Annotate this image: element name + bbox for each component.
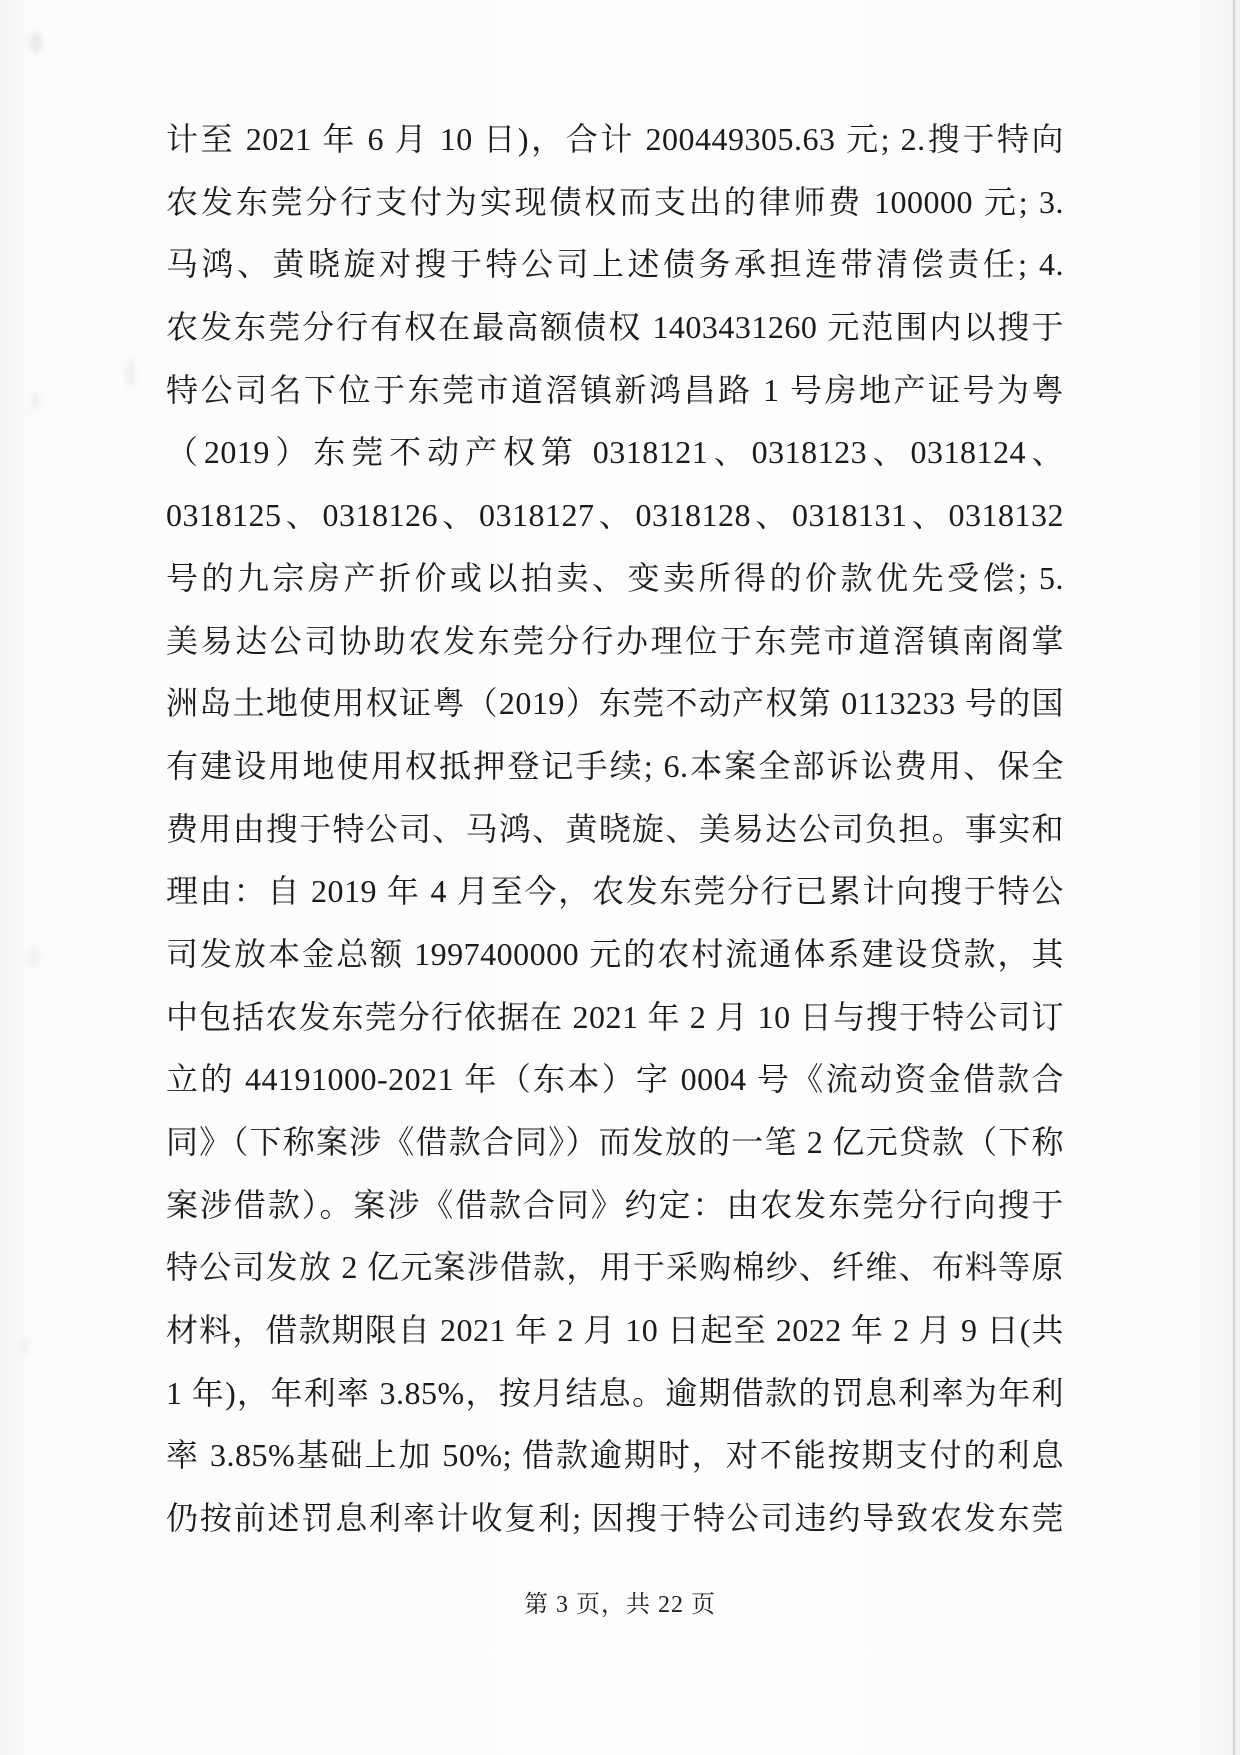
text-line: 农发东莞分行支付为实现债权而支出的律师费 100000 元; 3.	[166, 171, 1064, 234]
text-line: 同》（下称案涉《借款合同》）而发放的一笔 2 亿元贷款（下称	[166, 1111, 1064, 1174]
text-line: （2019）东莞不动产权第 0318121、0318123、0318124、	[166, 421, 1064, 484]
scan-smudge	[28, 946, 40, 968]
text-line: 特公司名下位于东莞市道滘镇新鸿昌路 1 号房地产证号为粤	[166, 359, 1064, 422]
text-line: 计至 2021 年 6 月 10 日)，合计 200449305.63 元; 2…	[166, 108, 1064, 171]
text-line: 司发放本金总额 1997400000 元的农村流通体系建设贷款，其	[166, 923, 1064, 986]
text-line: 中包括农发东莞分行依据在 2021 年 2 月 10 日与搜于特公司订	[166, 986, 1064, 1049]
document-body: 计至 2021 年 6 月 10 日)，合计 200449305.63 元; 2…	[166, 108, 1064, 1550]
text-line: 美易达公司协助农发东莞分行办理位于东莞市道滘镇南阁掌	[166, 610, 1064, 673]
text-line: 号的九宗房产折价或以拍卖、变卖所得的价款优先受偿; 5.	[166, 547, 1064, 610]
text-line: 材料，借款期限自 2021 年 2 月 10 日起至 2022 年 2 月 9 …	[166, 1299, 1064, 1362]
scan-smudge	[126, 358, 135, 388]
scan-smudge	[20, 1338, 29, 1356]
page-number-footer: 第 3 页，共 22 页	[0, 1584, 1240, 1619]
text-line: 洲岛土地使用权证粤（2019）东莞不动产权第 0113233 号的国	[166, 672, 1064, 735]
text-line: 仍按前述罚息利率计收复利; 因搜于特公司违约导致农发东莞	[166, 1487, 1064, 1550]
text-line: 马鸿、黄晓旋对搜于特公司上述债务承担连带清偿责任; 4.	[166, 233, 1064, 296]
text-line: 农发东莞分行有权在最高额债权 1403431260 元范围内以搜于	[166, 296, 1064, 359]
text-line: 案涉借款）。案涉《借款合同》约定：由农发东莞分行向搜于	[166, 1174, 1064, 1237]
text-line: 费用由搜于特公司、马鸿、黄晓旋、美易达公司负担。事实和	[166, 798, 1064, 861]
document-page: 计至 2021 年 6 月 10 日)，合计 200449305.63 元; 2…	[0, 0, 1240, 1755]
text-line: 理由：自 2019 年 4 月至今，农发东莞分行已累计向搜于特公	[166, 860, 1064, 923]
text-line: 有建设用地使用权抵押登记手续; 6.本案全部诉讼费用、保全	[166, 735, 1064, 798]
page-edge-shadow	[1233, 0, 1235, 1755]
text-line: 0318125、0318126、0318127、0318128、0318131、…	[166, 484, 1064, 547]
text-line: 率 3.85%基础上加 50%; 借款逾期时，对不能按期支付的利息	[166, 1424, 1064, 1487]
text-line: 1 年)，年利率 3.85%，按月结息。逾期借款的罚息利率为年利	[166, 1362, 1064, 1425]
scan-smudge	[30, 392, 40, 410]
scan-smudge	[30, 32, 42, 54]
text-line: 立的 44191000-2021 年（东本）字 0004 号《流动资金借款合	[166, 1048, 1064, 1111]
text-line: 特公司发放 2 亿元案涉借款，用于采购棉纱、纤维、布料等原	[166, 1236, 1064, 1299]
